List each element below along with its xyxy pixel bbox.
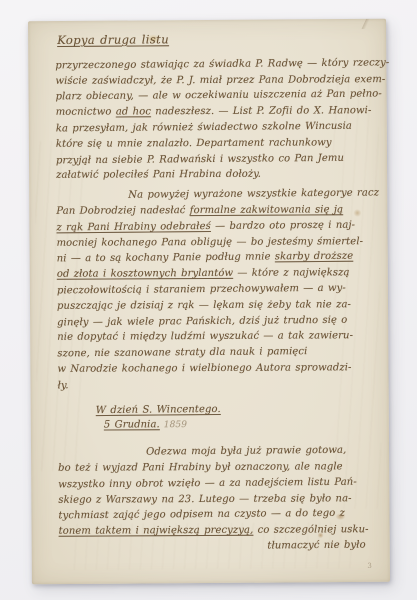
- text-segment: — bardzo oto proszę i naj-: [211, 219, 355, 231]
- text-segment: w Narodzie kochanego i wielbionego Autor…: [57, 362, 351, 375]
- text-segment: tychmiast zająć jego odpisem na czysto —…: [58, 508, 345, 522]
- underlined-text: z rąk Pani Hrabiny odebrałeś: [56, 221, 210, 233]
- text-segment: puszczając je dzisiaj z rąk — lękam się …: [57, 299, 351, 312]
- text-segment: pieczołowitością i staraniem przechowywa…: [57, 283, 346, 297]
- underlined-text: formalne zakwitowania się ją: [190, 204, 343, 216]
- text-segment: wiście zaświadczył, że P. J. miał przez …: [55, 74, 385, 87]
- text-segment: mocniej kochanego Pana obliguję — bo jes…: [57, 236, 364, 249]
- underlined-text: W dzień S. Wincentego.: [96, 403, 221, 415]
- text-segment: 1859: [160, 420, 187, 430]
- text-segment: Pan Dobrodziej nadesłać: [56, 205, 189, 217]
- letter-heading: Kopya druga listu: [57, 31, 362, 49]
- text-segment: które się u mnie znalazło. Departament r…: [56, 137, 332, 149]
- text-segment: co szczególniej usku-: [253, 524, 368, 536]
- handwritten-content: Kopya druga listu przyrzeczonego stawiaj…: [55, 29, 366, 556]
- handwritten-line: ka przesyłam, jak również świadectwo szk…: [56, 119, 363, 138]
- text-segment: plarz obiecany, — ale w oczekiwaniu uisz…: [56, 89, 382, 103]
- text-segment: — które z największą: [233, 267, 350, 279]
- handwritten-line: 5 Grudnia. 1859: [96, 416, 365, 434]
- paper-crease: [354, 19, 376, 29]
- paragraph-1: przyrzeczonego stawiając za świadka P. R…: [55, 56, 363, 185]
- handwritten-line: wszystko inny obrot wzięło — a za nadejś…: [58, 474, 365, 493]
- underlined-text: skarby droższe: [275, 251, 353, 263]
- photo-background: Kopya druga listu przyrzeczonego stawiaj…: [0, 0, 417, 600]
- underlined-text: 5 Grudnia.: [104, 420, 160, 431]
- letter-page: Kopya druga listu przyrzeczonego stawiaj…: [28, 19, 390, 584]
- text-segment: bo też i wyjazd Pani Hrabiny był oznaczo…: [58, 461, 343, 473]
- handwritten-line: Pan Dobrodziej nadesłać formalne zakwito…: [56, 202, 363, 219]
- handwritten-line: pieczołowitością i staraniem przechowywa…: [57, 281, 364, 300]
- page-number-mark: 3: [367, 562, 372, 570]
- handwritten-line: załatwić poleciłeś Pani Hrabina dołoży.: [56, 167, 363, 184]
- text-segment: załatwić poleciłeś Pani Hrabina dołoży.: [56, 169, 261, 181]
- handwritten-line: bo też i wyjazd Pani Hrabiny był oznaczo…: [58, 459, 365, 476]
- underlined-text: od złota i kosztownych brylantów: [57, 268, 233, 280]
- underlined-text: ad hoc: [116, 106, 151, 117]
- text-segment: nie dopytać i między ludźmi wyszukać — a…: [57, 331, 353, 344]
- underlined-text: tonem taktem i największą precyzyą,: [59, 525, 254, 537]
- text-segment: wszystko inny obrot wzięło — a za nadejś…: [58, 476, 357, 490]
- paragraph-2: Na powyżej wyrażone wszystkie kategorye …: [56, 186, 364, 393]
- handwritten-line: puszczając je dzisiaj z rąk — lękam się …: [57, 297, 364, 314]
- text-segment: nadeszłesz. — List P. Zofii do X. Hanowi…: [151, 105, 371, 117]
- text-segment: Odezwa moja była już prawie gotowa,: [146, 445, 346, 458]
- handwritten-line: przyrzeczonego stawiając za świadka P. R…: [55, 55, 362, 74]
- paragraph-3: Odezwa moja była już prawie gotowa,bo te…: [58, 443, 366, 556]
- text-segment: przyrzeczonego stawiając za świadka P. R…: [55, 57, 389, 71]
- date-block: W dzień S. Wincentego.5 Grudnia. 1859: [96, 400, 365, 434]
- text-segment: ni — a to są kochany Panie podług mnie: [57, 252, 275, 265]
- text-segment: tłumaczyć nie było: [267, 539, 365, 551]
- text-segment: ginęły — jak wiele prac Pańskich, dziś j…: [57, 314, 347, 328]
- text-segment: skiego z Warszawy na 23. Lutego — trzeba…: [58, 493, 351, 506]
- handwritten-line: z rąk Pani Hrabiny odebrałeś — bardzo ot…: [56, 217, 363, 236]
- handwritten-line: tłumaczyć nie było: [59, 537, 366, 556]
- handwritten-line: ły.: [58, 375, 365, 394]
- text-segment: ły.: [58, 380, 69, 391]
- text-segment: szone, nie szanowane straty dla nauk i p…: [57, 346, 307, 359]
- handwritten-line: w Narodzie kochanego i wielbionego Autor…: [57, 360, 364, 377]
- text-segment: przyjął na siebie P. Radwański i wszystk…: [56, 152, 344, 166]
- handwritten-line: które się u mnie znalazło. Departament r…: [56, 135, 363, 152]
- text-segment: mocnictwo: [56, 107, 116, 118]
- text-segment: Na powyżej wyrażone wszystkie kategorye …: [128, 188, 379, 201]
- text-segment: ka przesyłam, jak również świadectwo szk…: [56, 121, 352, 135]
